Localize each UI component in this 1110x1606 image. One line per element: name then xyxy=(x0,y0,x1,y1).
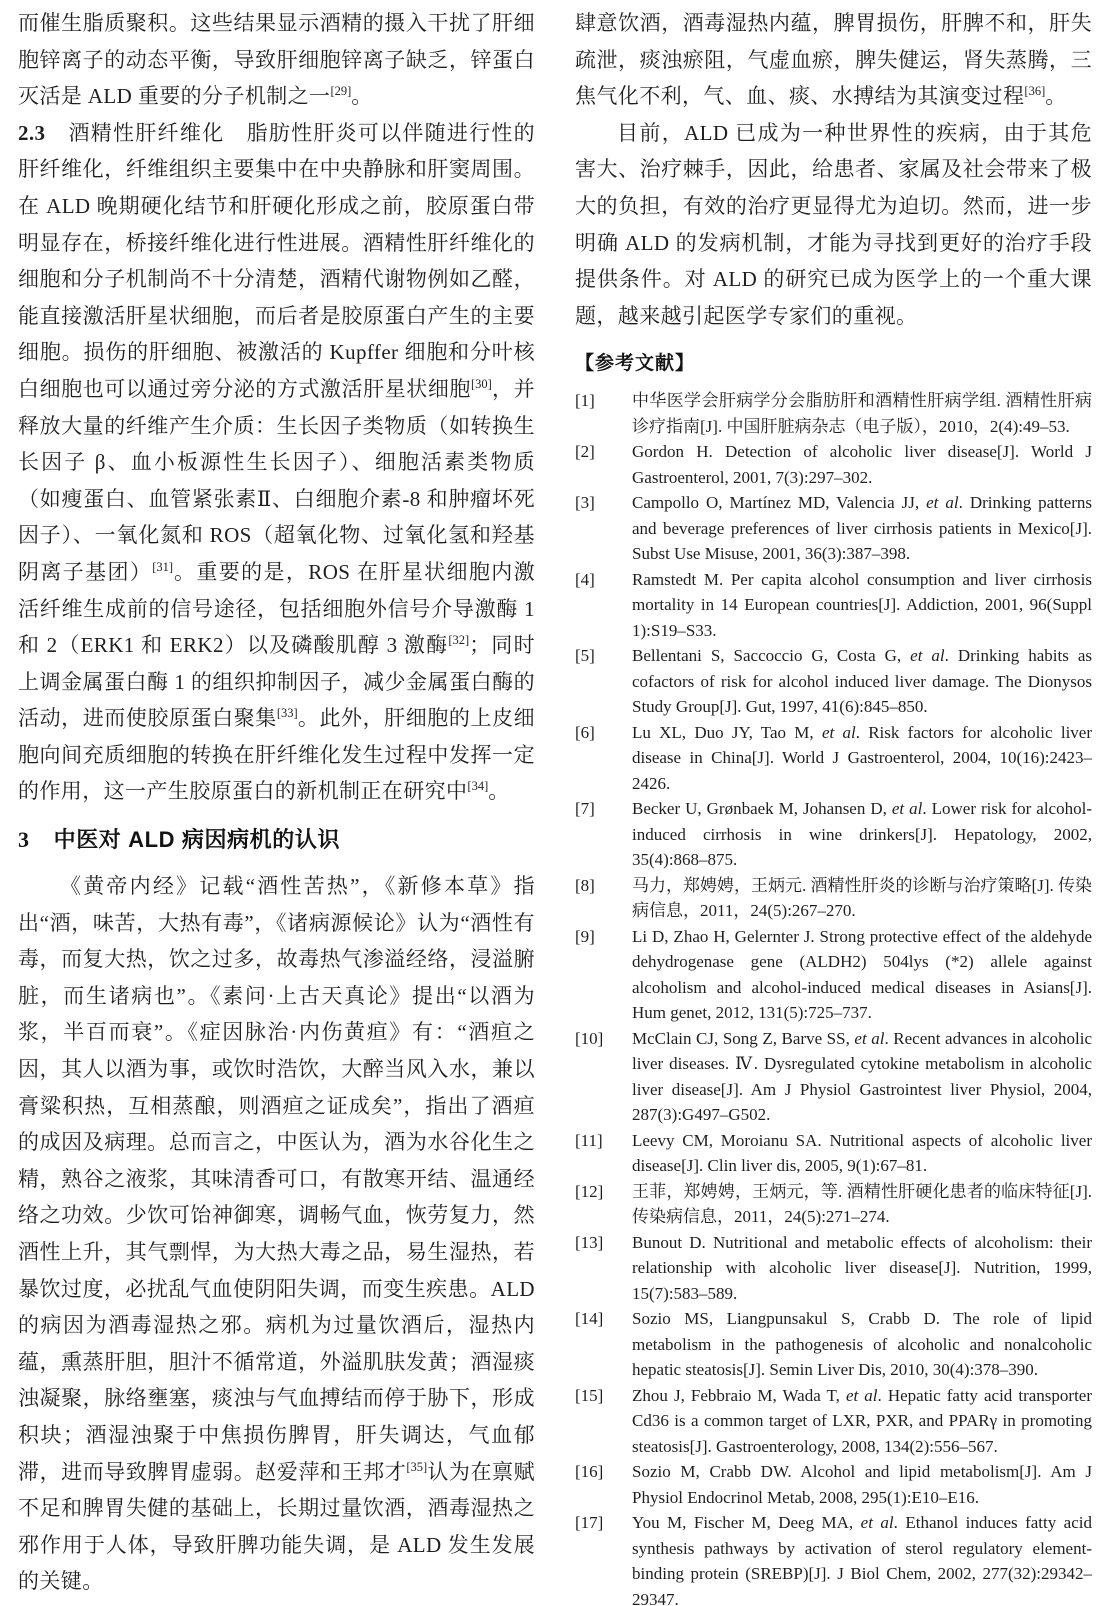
text-segment: Li D, Zhao H, Gelernter J. Strong protec… xyxy=(632,927,1092,1023)
text-segment: Sozio MS, Liangpunsakul S, Crabb D. The … xyxy=(632,1309,1092,1379)
citation-marker: [31] xyxy=(152,560,173,574)
reference-number: [12] xyxy=(575,1179,632,1230)
reference-text: Zhou J, Febbraio M, Wada T, et al. Hepat… xyxy=(632,1383,1092,1460)
reference-item: [16] Sozio M, Crabb DW. Alcohol and lipi… xyxy=(575,1459,1092,1510)
citation-marker: [30] xyxy=(471,377,492,391)
reference-number: [11] xyxy=(575,1128,632,1179)
reference-text: Bellentani S, Saccoccio G, Costa G, et a… xyxy=(632,643,1092,720)
reference-number: [17] xyxy=(575,1510,632,1606)
text-segment: et al xyxy=(846,1386,878,1405)
citation-marker: [29] xyxy=(330,84,351,98)
reference-text: Sozio MS, Liangpunsakul S, Crabb D. The … xyxy=(632,1306,1092,1383)
reference-item: [13] Bunout D. Nutritional and metabolic… xyxy=(575,1230,1092,1307)
text-segment: Gordon H. Detection of alcoholic liver d… xyxy=(632,442,1092,487)
journal-article-page: 而催生脂质聚积。这些结果显示酒精的摄入干扰了肝细胞锌离子的动态平衡，导致肝细胞锌… xyxy=(0,0,1110,1606)
text-segment: et al xyxy=(892,799,923,818)
reference-number: [16] xyxy=(575,1459,632,1510)
reference-item: [17] You M, Fischer M, Deeg MA, et al. E… xyxy=(575,1510,1092,1606)
reference-text: Sozio M, Crabb DW. Alcohol and lipid met… xyxy=(632,1459,1092,1510)
text-segment: Leevy CM, Moroianu SA. Nutritional aspec… xyxy=(632,1131,1092,1176)
text-segment: et al xyxy=(910,646,944,665)
section-3-heading: 3中医对 ALD 病因病机的认识 xyxy=(18,823,535,854)
text-segment: 。 xyxy=(351,84,372,108)
text-segment: 《黄帝内经》记载“酒性苦热”，《新修本草》指出“酒，味苦，大热有毒”，《诸病源候… xyxy=(18,874,535,1484)
text-segment: Lu XL, Duo JY, Tao M, xyxy=(632,723,822,742)
text-segment: 王菲，郑娉娉，王炳元，等. 酒精性肝硬化患者的临床特征[J]. 传染病信息，20… xyxy=(632,1182,1092,1227)
reference-number: [4] xyxy=(575,567,632,644)
citation-marker: [33] xyxy=(277,706,298,720)
reference-item: [12] 王菲，郑娉娉，王炳元，等. 酒精性肝硬化患者的临床特征[J]. 传染病… xyxy=(575,1179,1092,1230)
text-segment: et al xyxy=(926,493,958,512)
reference-item: [1] 中华医学会肝病学分会脂肪肝和酒精性肝病学组. 酒精性肝病诊疗指南[J].… xyxy=(575,388,1092,439)
reference-item: [8] 马力，郑娉娉，王炳元. 酒精性肝炎的诊断与治疗策略[J]. 传染病信息，… xyxy=(575,873,1092,924)
reference-number: [7] xyxy=(575,796,632,873)
reference-text: 中华医学会肝病学分会脂肪肝和酒精性肝病学组. 酒精性肝病诊疗指南[J]. 中国肝… xyxy=(632,388,1092,439)
paragraph-section-2-3-alcoholic-fibrosis: 2.3 酒精性肝纤维化 脂肪性肝炎可以伴随进行性的肝纤维化，纤维组织主要集中在中… xyxy=(18,115,535,810)
reference-text: Gordon H. Detection of alcoholic liver d… xyxy=(632,439,1092,490)
text-segment: Bellentani S, Saccoccio G, Costa G, xyxy=(632,646,910,665)
text-segment: 马力，郑娉娉，王炳元. 酒精性肝炎的诊断与治疗策略[J]. 传染病信息，2011… xyxy=(632,876,1092,921)
left-column: 而催生脂质聚积。这些结果显示酒精的摄入干扰了肝细胞锌离子的动态平衡，导致肝细胞锌… xyxy=(18,5,535,1606)
reference-item: [9] Li D, Zhao H, Gelernter J. Strong pr… xyxy=(575,924,1092,1026)
reference-item: [7] Becker U, Grønbaek M, Johansen D, et… xyxy=(575,796,1092,873)
paragraph-tcm-etiology: 《黄帝内经》记载“酒性苦热”，《新修本草》指出“酒，味苦，大热有毒”，《诸病源候… xyxy=(18,868,535,1600)
text-segment: Becker U, Grønbaek M, Johansen D, xyxy=(632,799,892,818)
text-segment: Ramstedt M. Per capita alcohol consumpti… xyxy=(632,570,1092,640)
references-heading: 【参考文献】 xyxy=(575,348,1092,375)
reference-number: [15] xyxy=(575,1383,632,1460)
paragraph-zinc-mechanism: 而催生脂质聚积。这些结果显示酒精的摄入干扰了肝细胞锌离子的动态平衡，导致肝细胞锌… xyxy=(18,5,535,115)
reference-item: [15] Zhou J, Febbraio M, Wada T, et al. … xyxy=(575,1383,1092,1460)
reference-text: Becker U, Grønbaek M, Johansen D, et al.… xyxy=(632,796,1092,873)
text-segment: 。 xyxy=(488,779,509,803)
citation-marker: [32] xyxy=(448,633,469,647)
text-segment: 而催生脂质聚积。这些结果显示酒精的摄入干扰了肝细胞锌离子的动态平衡，导致肝细胞锌… xyxy=(18,11,535,108)
reference-text: Ramstedt M. Per capita alcohol consumpti… xyxy=(632,567,1092,644)
reference-text: Bunout D. Nutritional and metabolic effe… xyxy=(632,1230,1092,1307)
reference-number: [9] xyxy=(575,924,632,1026)
text-segment: Sozio M, Crabb DW. Alcohol and lipid met… xyxy=(632,1462,1092,1507)
text-segment: Campollo O, Martínez MD, Valencia JJ, xyxy=(632,493,926,512)
references-list: [1] 中华医学会肝病学分会脂肪肝和酒精性肝病学组. 酒精性肝病诊疗指南[J].… xyxy=(575,388,1092,1606)
reference-text: 马力，郑娉娉，王炳元. 酒精性肝炎的诊断与治疗策略[J]. 传染病信息，2011… xyxy=(632,873,1092,924)
reference-item: [10] McClain CJ, Song Z, Barve SS, et al… xyxy=(575,1026,1092,1128)
right-column: 肆意饮酒，酒毒湿热内蕴，脾胃损伤，肝脾不和，肝失疏泄，痰浊瘀阻，气虚血瘀，脾失健… xyxy=(575,5,1092,1606)
text-segment: 2.3 xyxy=(18,121,45,145)
reference-item: [3] Campollo O, Martínez MD, Valencia JJ… xyxy=(575,490,1092,567)
reference-text: Li D, Zhao H, Gelernter J. Strong protec… xyxy=(632,924,1092,1026)
text-segment: McClain CJ, Song Z, Barve SS, xyxy=(632,1029,854,1048)
reference-item: [14] Sozio MS, Liangpunsakul S, Crabb D.… xyxy=(575,1306,1092,1383)
citation-marker: [35] xyxy=(406,1460,427,1474)
reference-number: [14] xyxy=(575,1306,632,1383)
reference-number: [10] xyxy=(575,1026,632,1128)
paragraph-pathogenesis-evolution: 肆意饮酒，酒毒湿热内蕴，脾胃损伤，肝脾不和，肝失疏泄，痰浊瘀阻，气虚血瘀，脾失健… xyxy=(575,5,1092,115)
reference-text: McClain CJ, Song Z, Barve SS, et al. Rec… xyxy=(632,1026,1092,1128)
paragraph-research-significance: 目前，ALD 已成为一种世界性的疾病，由于其危害大、治疗棘手，因此，给患者、家属… xyxy=(575,115,1092,335)
text-segment: et al xyxy=(861,1513,894,1532)
text-segment: 目前，ALD 已成为一种世界性的疾病，由于其危害大、治疗棘手，因此，给患者、家属… xyxy=(575,121,1092,328)
reference-item: [5] Bellentani S, Saccoccio G, Costa G, … xyxy=(575,643,1092,720)
text-segment: et al xyxy=(854,1029,884,1048)
text-segment: ，并释放大量的纤维产生介质：生长因子类物质（如转换生长因子 β、血小板源性生长因… xyxy=(18,377,535,584)
section-3-number: 3 xyxy=(18,827,30,852)
reference-number: [5] xyxy=(575,643,632,720)
text-segment: Bunout D. Nutritional and metabolic effe… xyxy=(632,1233,1092,1303)
text-segment: 酒精性肝纤维化 xyxy=(45,121,246,145)
citation-marker: [34] xyxy=(467,779,488,793)
reference-item: [4] Ramstedt M. Per capita alcohol consu… xyxy=(575,567,1092,644)
reference-item: [2] Gordon H. Detection of alcoholic liv… xyxy=(575,439,1092,490)
text-segment: 中华医学会肝病学分会脂肪肝和酒精性肝病学组. 酒精性肝病诊疗指南[J]. 中国肝… xyxy=(632,391,1092,436)
reference-number: [1] xyxy=(575,388,632,439)
text-segment: 。 xyxy=(1045,84,1066,108)
reference-text: Campollo O, Martínez MD, Valencia JJ, et… xyxy=(632,490,1092,567)
reference-item: [6] Lu XL, Duo JY, Tao M, et al. Risk fa… xyxy=(575,720,1092,797)
reference-item: [11] Leevy CM, Moroianu SA. Nutritional … xyxy=(575,1128,1092,1179)
text-segment: et al xyxy=(822,723,856,742)
reference-text: Lu XL, Duo JY, Tao M, et al. Risk factor… xyxy=(632,720,1092,797)
reference-number: [8] xyxy=(575,873,632,924)
text-segment: Zhou J, Febbraio M, Wada T, xyxy=(632,1386,846,1405)
reference-number: [3] xyxy=(575,490,632,567)
reference-number: [13] xyxy=(575,1230,632,1307)
citation-marker: [36] xyxy=(1024,84,1045,98)
text-segment: 肆意饮酒，酒毒湿热内蕴，脾胃损伤，肝脾不和，肝失疏泄，痰浊瘀阻，气虚血瘀，脾失健… xyxy=(575,11,1092,108)
section-3-title: 中医对 ALD 病因病机的认识 xyxy=(54,827,340,852)
reference-number: [2] xyxy=(575,439,632,490)
text-segment: You M, Fischer M, Deeg MA, xyxy=(632,1513,861,1532)
reference-text: Leevy CM, Moroianu SA. Nutritional aspec… xyxy=(632,1128,1092,1179)
reference-text: You M, Fischer M, Deeg MA, et al. Ethano… xyxy=(632,1510,1092,1606)
reference-number: [6] xyxy=(575,720,632,797)
reference-text: 王菲，郑娉娉，王炳元，等. 酒精性肝硬化患者的临床特征[J]. 传染病信息，20… xyxy=(632,1179,1092,1230)
text-segment: 脂肪性肝炎可以伴随进行性的肝纤维化，纤维组织主要集中在中央静脉和肝窦周围。在 A… xyxy=(18,121,535,401)
